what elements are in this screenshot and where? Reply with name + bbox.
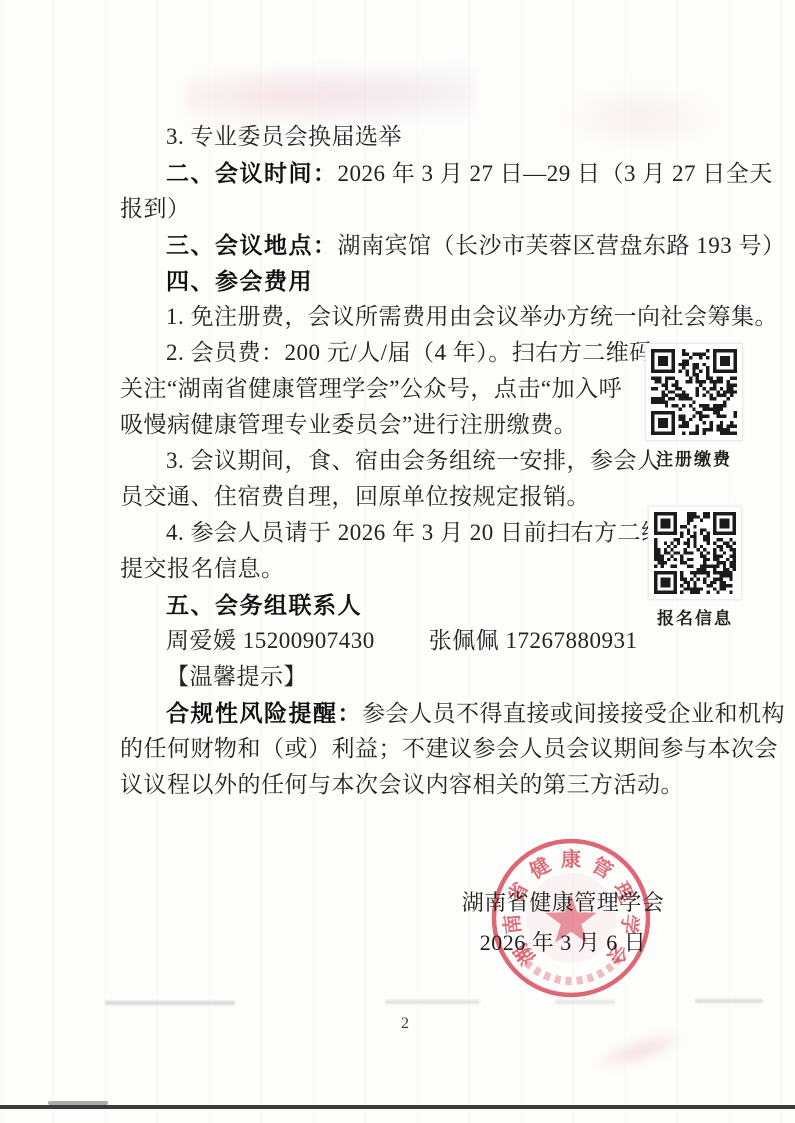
line-text: 2026 年 3 月 27 日—29 日（3 月 27 日全天 (338, 161, 773, 186)
document-line: 四、参会费用 (120, 263, 760, 299)
qr-block-signup-info: 报名信息 (648, 506, 742, 629)
scan-artifact (555, 1000, 615, 1004)
line-text: 2. 会员费：200 元/人/届（4 年）。扫右方二维码 (166, 340, 653, 365)
qr-code-signup-info-icon (654, 512, 736, 594)
svg-text:管: 管 (587, 852, 617, 883)
line-text: 提交报名信息。 (120, 556, 285, 581)
document-line: 【温馨提示】 (120, 659, 760, 695)
signature-organization: 湖南省健康管理学会 (443, 886, 683, 917)
scanned-document-page: 3. 专业委员会换届选举 二、会议时间：2026 年 3 月 27 日—29 日… (0, 0, 795, 1123)
line-text: 4. 参会人员请于 2026 年 3 月 20 日前扫右方二维码 (166, 520, 688, 545)
section-heading: 五、会务组联系人 (166, 592, 362, 618)
contact-1: 周爱媛 15200907430 (166, 628, 375, 653)
document-line: 合规性风险提醒：参会人员不得直接或间接接受企业和机构 (120, 695, 760, 731)
line-text: 议议程以外的任何与本次会议内容相关的第三方活动。 (120, 772, 684, 797)
line-text: 关注“湖南省健康管理学会”公众号，点击“加入呼 (120, 376, 622, 401)
qr-code-registration-payment-icon (651, 349, 737, 435)
qr-card (648, 506, 742, 600)
line-text: 吸慢病健康管理专业委员会”进行注册缴费。 (120, 412, 577, 437)
line-text: 湖南宾馆（长沙市芙蓉区营盘东路 193 号） (338, 233, 786, 258)
scan-artifact (695, 999, 763, 1003)
line-text: 参会人员不得直接或间接接受企业和机构 (362, 701, 785, 726)
line-text: 1. 免注册费，会议所需费用由会议举办方统一向社会筹集。 (166, 304, 778, 329)
document-line: 的任何财物和（或）利益；不建议参会人员会议期间参与本次会 (120, 731, 760, 767)
scan-edge-shadow (0, 1105, 795, 1109)
section-heading: 二、会议时间： (166, 160, 338, 186)
document-line: 二、会议时间：2026 年 3 月 27 日—29 日（3 月 27 日全天 (120, 155, 760, 191)
scan-artifact (385, 1000, 480, 1004)
line-text: 【温馨提示】 (166, 664, 307, 689)
line-text: 3. 会议期间，食、宿由会务组统一安排，参会人 (166, 448, 661, 473)
bleed-through-artifact (590, 1024, 688, 1078)
document-line: 3. 专业委员会换届选举 (120, 119, 760, 155)
qr-label-registration-payment: 注册缴费 (656, 445, 732, 470)
qr-label-signup-info: 报名信息 (657, 604, 733, 629)
signature-date: 2026 年 3 月 6 日 (443, 926, 683, 957)
document-line: 三、会议地点：湖南宾馆（长沙市芙蓉区营盘东路 193 号） (120, 227, 760, 263)
official-seal-stamp: 湖南省健康管理学会 (486, 833, 656, 1003)
svg-text:健: 健 (524, 852, 555, 883)
contact-2: 张佩佩 17267880931 (429, 628, 638, 653)
qr-block-registration-payment: 注册缴费 (645, 343, 743, 470)
section-heading: 三、会议地点： (166, 232, 338, 258)
page-number: 2 (380, 1015, 430, 1033)
document-line: 报到） (120, 191, 760, 227)
svg-text:康: 康 (561, 847, 581, 871)
document-line: 1. 免注册费，会议所需费用由会议举办方统一向社会筹集。 (120, 299, 760, 335)
document-line: 议议程以外的任何与本次会议内容相关的第三方活动。 (120, 767, 760, 803)
line-text: 员交通、住宿费自理，回原单位按规定报销。 (120, 484, 590, 509)
section-heading: 四、参会费用 (166, 268, 313, 294)
line-text: 3. 专业委员会换届选举 (166, 124, 402, 149)
line-text: 报到） (120, 196, 191, 221)
line-text: 的任何财物和（或）利益；不建议参会人员会议期间参与本次会 (120, 736, 778, 761)
section-heading: 合规性风险提醒： (166, 700, 362, 726)
qr-card (645, 343, 743, 441)
scan-artifact (105, 1001, 235, 1005)
